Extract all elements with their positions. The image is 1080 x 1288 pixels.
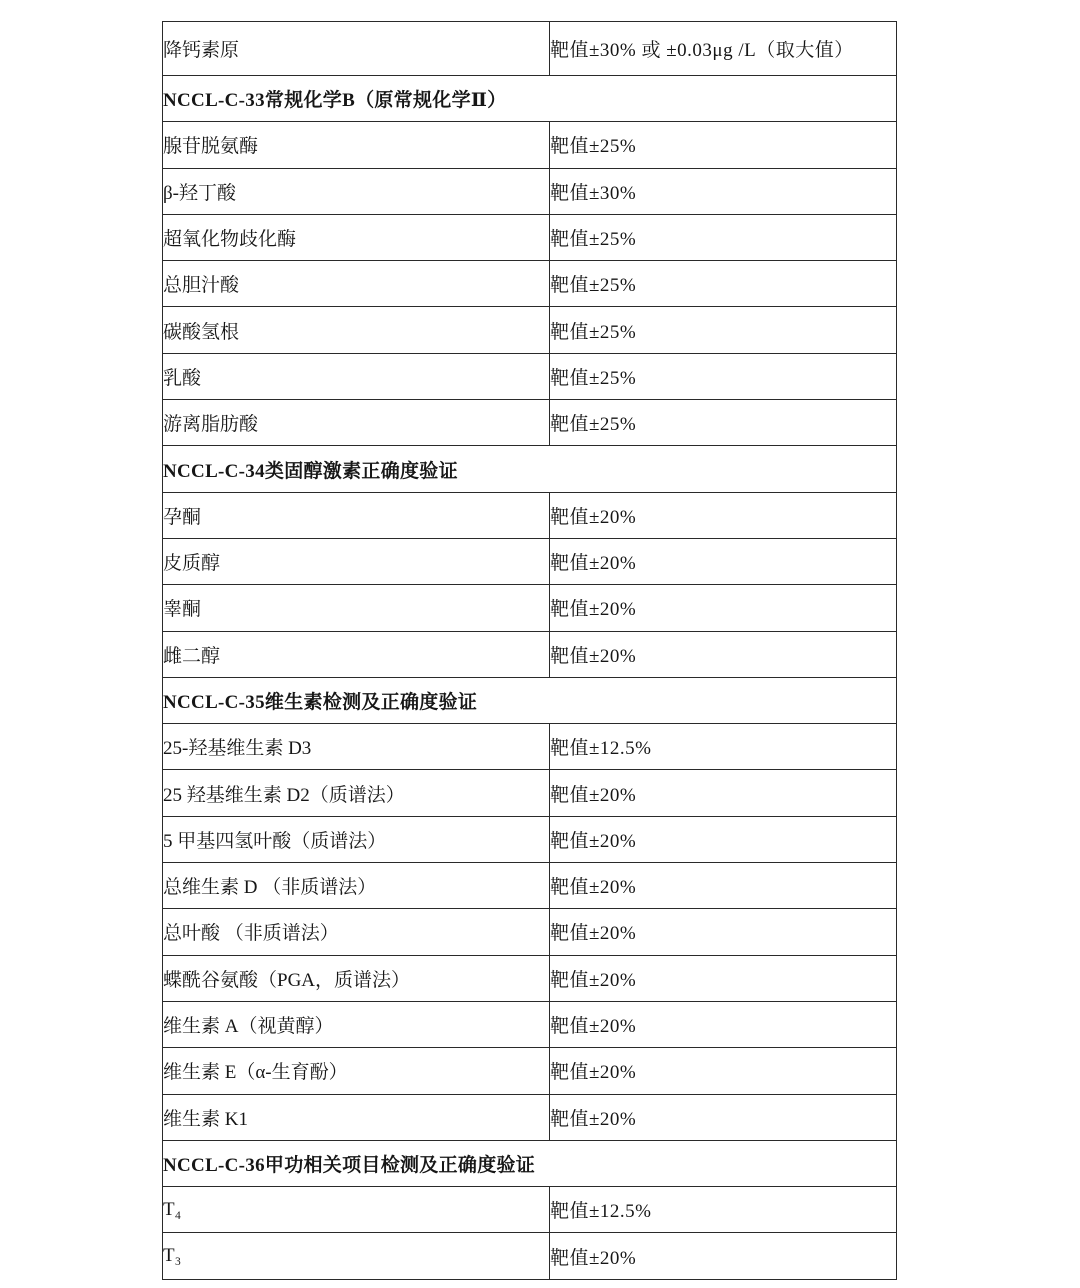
section-row: NCCL-C-33常规化学B（原常规化学Ⅱ）: [163, 76, 897, 122]
section-title: NCCL-C-36甲功相关项目检测及正确度验证: [163, 1140, 897, 1186]
table-row: 腺苷脱氨酶靶值±25%: [163, 122, 897, 168]
value-cell: 靶值±25%: [550, 307, 897, 353]
item-cell: 维生素 K1: [163, 1094, 550, 1140]
value-cell: 靶值±20%: [550, 863, 897, 909]
item-cell: 25-羟基维生素 D3: [163, 724, 550, 770]
item-cell: 总胆汁酸: [163, 261, 550, 307]
table-row: 维生素 A（视黄醇）靶值±20%: [163, 1001, 897, 1047]
table-row: 降钙素原靶值±30% 或 ±0.03μg /L（取大值）: [163, 22, 897, 76]
section-title: NCCL-C-35维生素检测及正确度验证: [163, 677, 897, 723]
item-cell: 乳酸: [163, 353, 550, 399]
value-cell: 靶值±20%: [550, 770, 897, 816]
item-cell: 总维生素 D （非质谱法）: [163, 863, 550, 909]
table-row: 睾酮靶值±20%: [163, 585, 897, 631]
table-body: 降钙素原靶值±30% 或 ±0.03μg /L（取大值）NCCL-C-33常规化…: [163, 22, 897, 1280]
value-cell: 靶值±12.5%: [550, 1187, 897, 1233]
document-page: 降钙素原靶值±30% 或 ±0.03μg /L（取大值）NCCL-C-33常规化…: [0, 0, 1080, 1288]
value-cell: 靶值±20%: [550, 816, 897, 862]
table-row: T₄靶值±12.5%: [163, 1187, 897, 1233]
item-cell: T₃: [163, 1233, 550, 1279]
value-cell: 靶值±20%: [550, 1233, 897, 1279]
item-cell: 超氧化物歧化酶: [163, 214, 550, 260]
value-cell: 靶值±25%: [550, 353, 897, 399]
table-row: 孕酮靶值±20%: [163, 492, 897, 538]
value-cell: 靶值±30%: [550, 168, 897, 214]
value-cell: 靶值±20%: [550, 585, 897, 631]
value-cell: 靶值±25%: [550, 400, 897, 446]
item-cell: 睾酮: [163, 585, 550, 631]
value-cell: 靶值±20%: [550, 1094, 897, 1140]
item-cell: 蝶酰谷氨酸（PGA，质谱法）: [163, 955, 550, 1001]
table-row: 游离脂肪酸靶值±25%: [163, 400, 897, 446]
qc-criteria-table: 降钙素原靶值±30% 或 ±0.03μg /L（取大值）NCCL-C-33常规化…: [162, 21, 897, 1280]
value-cell: 靶值±20%: [550, 1048, 897, 1094]
value-cell: 靶值±25%: [550, 261, 897, 307]
table-row: 维生素 E（α-生育酚）靶值±20%: [163, 1048, 897, 1094]
section-title: NCCL-C-33常规化学B（原常规化学Ⅱ）: [163, 76, 897, 122]
table-row: 雌二醇靶值±20%: [163, 631, 897, 677]
table-row: 蝶酰谷氨酸（PGA，质谱法）靶值±20%: [163, 955, 897, 1001]
section-row: NCCL-C-34类固醇激素正确度验证: [163, 446, 897, 492]
table-row: 碳酸氢根靶值±25%: [163, 307, 897, 353]
value-cell: 靶值±25%: [550, 122, 897, 168]
item-cell: β-羟丁酸: [163, 168, 550, 214]
table-row: 25 羟基维生素 D2（质谱法）靶值±20%: [163, 770, 897, 816]
value-cell: 靶值±30% 或 ±0.03μg /L（取大值）: [550, 22, 897, 76]
value-cell: 靶值±25%: [550, 214, 897, 260]
section-row: NCCL-C-36甲功相关项目检测及正确度验证: [163, 1140, 897, 1186]
table-row: 5 甲基四氢叶酸（质谱法）靶值±20%: [163, 816, 897, 862]
section-row: NCCL-C-35维生素检测及正确度验证: [163, 677, 897, 723]
table-row: 维生素 K1靶值±20%: [163, 1094, 897, 1140]
item-cell: 维生素 A（视黄醇）: [163, 1001, 550, 1047]
table-row: 总胆汁酸靶值±25%: [163, 261, 897, 307]
table-row: 超氧化物歧化酶靶值±25%: [163, 214, 897, 260]
section-title: NCCL-C-34类固醇激素正确度验证: [163, 446, 897, 492]
value-cell: 靶值±20%: [550, 492, 897, 538]
item-cell: 孕酮: [163, 492, 550, 538]
value-cell: 靶值±12.5%: [550, 724, 897, 770]
item-cell: 游离脂肪酸: [163, 400, 550, 446]
item-cell: 降钙素原: [163, 22, 550, 76]
table-row: 总维生素 D （非质谱法）靶值±20%: [163, 863, 897, 909]
item-cell: 总叶酸 （非质谱法）: [163, 909, 550, 955]
value-cell: 靶值±20%: [550, 631, 897, 677]
table-row: 25-羟基维生素 D3靶值±12.5%: [163, 724, 897, 770]
item-cell: T₄: [163, 1187, 550, 1233]
value-cell: 靶值±20%: [550, 955, 897, 1001]
item-cell: 碳酸氢根: [163, 307, 550, 353]
table-row: T₃靶值±20%: [163, 1233, 897, 1279]
item-cell: 25 羟基维生素 D2（质谱法）: [163, 770, 550, 816]
item-cell: 维生素 E（α-生育酚）: [163, 1048, 550, 1094]
table-row: 总叶酸 （非质谱法）靶值±20%: [163, 909, 897, 955]
table-row: β-羟丁酸靶值±30%: [163, 168, 897, 214]
table-row: 皮质醇靶值±20%: [163, 538, 897, 584]
item-cell: 皮质醇: [163, 538, 550, 584]
item-cell: 雌二醇: [163, 631, 550, 677]
value-cell: 靶值±20%: [550, 1001, 897, 1047]
value-cell: 靶值±20%: [550, 909, 897, 955]
item-cell: 5 甲基四氢叶酸（质谱法）: [163, 816, 550, 862]
value-cell: 靶值±20%: [550, 538, 897, 584]
item-cell: 腺苷脱氨酶: [163, 122, 550, 168]
table-row: 乳酸靶值±25%: [163, 353, 897, 399]
